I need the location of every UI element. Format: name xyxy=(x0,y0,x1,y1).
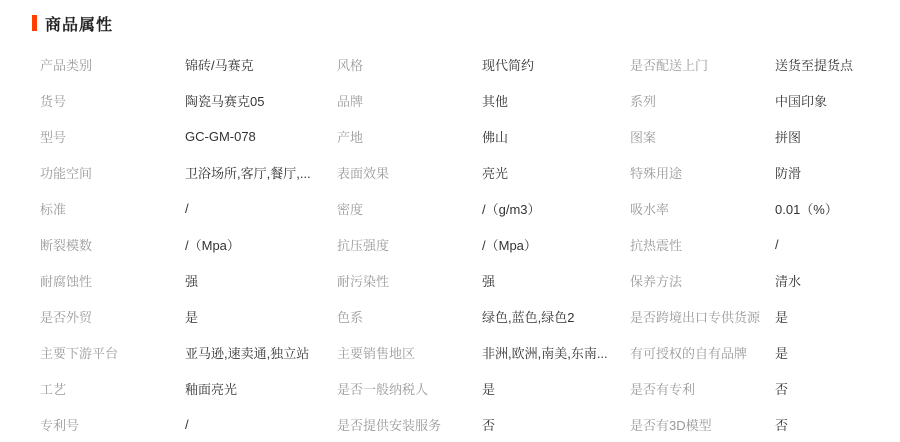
attribute-value: 亚马逊,速卖通,独立站 xyxy=(185,343,309,362)
attribute-label: 产地 xyxy=(337,127,482,146)
attribute-value: 亮光 xyxy=(482,163,508,182)
attribute-cell: 图案 拼图 xyxy=(630,127,900,146)
attribute-cell: 是否一般纳税人 是 xyxy=(337,379,630,398)
attribute-label: 图案 xyxy=(630,127,775,146)
attribute-cell: 耐污染性 强 xyxy=(337,271,630,290)
attribute-value: 0.01（%） xyxy=(775,199,838,218)
attribute-value: 绿色,蓝色,绿色2 xyxy=(482,307,574,326)
attribute-label: 密度 xyxy=(337,199,482,218)
section-title: 商品属性 xyxy=(45,12,113,35)
attribute-value: 是 xyxy=(482,379,495,398)
attribute-value: 送货至提货点 xyxy=(775,55,853,74)
attribute-row: 型号 GC-GM-078 产地 佛山 图案 拼图 xyxy=(40,118,900,154)
attribute-row: 主要下游平台 亚马逊,速卖通,独立站 主要销售地区 非洲,欧洲,南美,东南...… xyxy=(40,334,900,370)
attribute-cell: 品牌 其他 xyxy=(337,91,630,110)
attribute-value: 锦砖/马赛克 xyxy=(185,55,254,74)
attribute-value: 强 xyxy=(185,271,198,290)
attribute-label: 有可授权的自有品牌 xyxy=(630,343,775,362)
attribute-cell: 工艺 釉面亮光 xyxy=(40,379,337,398)
attribute-value: 现代简约 xyxy=(482,55,534,74)
attribute-label: 是否有3D模型 xyxy=(630,415,775,434)
attribute-value: 强 xyxy=(482,271,495,290)
attribute-cell: 耐腐蚀性 强 xyxy=(40,271,337,290)
attribute-label: 风格 xyxy=(337,55,482,74)
attribute-cell: 保养方法 清水 xyxy=(630,271,900,290)
attribute-value: 清水 xyxy=(775,271,801,290)
attribute-value: 否 xyxy=(775,379,788,398)
attribute-row: 耐腐蚀性 强 耐污染性 强 保养方法 清水 xyxy=(40,262,900,298)
attribute-value: 其他 xyxy=(482,91,508,110)
attribute-label: 是否提供安装服务 xyxy=(337,415,482,434)
attribute-cell: 货号 陶瓷马赛克05 xyxy=(40,91,337,110)
attribute-cell: 系列 中国印象 xyxy=(630,91,900,110)
attribute-label: 是否外贸 xyxy=(40,307,185,326)
attribute-cell: 吸水率 0.01（%） xyxy=(630,199,900,218)
attribute-cell: 产品类别 锦砖/马赛克 xyxy=(40,55,337,74)
attribute-cell: 风格 现代简约 xyxy=(337,55,630,74)
attribute-value: 否 xyxy=(775,415,788,434)
attribute-cell: 功能空间 卫浴场所,客厅,餐厅,... xyxy=(40,163,337,182)
attribute-label: 是否跨境出口专供货源 xyxy=(630,307,775,326)
attributes-table: 产品类别 锦砖/马赛克 风格 现代简约 是否配送上门 送货至提货点 货号 陶瓷马… xyxy=(40,46,900,442)
attribute-label: 是否有专利 xyxy=(630,379,775,398)
attribute-label: 耐腐蚀性 xyxy=(40,271,185,290)
attribute-cell: 主要下游平台 亚马逊,速卖通,独立站 xyxy=(40,343,337,362)
attribute-value: 否 xyxy=(482,415,495,434)
attribute-label: 品牌 xyxy=(337,91,482,110)
attribute-value: 拼图 xyxy=(775,127,801,146)
attribute-label: 表面效果 xyxy=(337,163,482,182)
attribute-label: 是否配送上门 xyxy=(630,55,775,74)
attribute-cell: 是否有专利 否 xyxy=(630,379,900,398)
attribute-value: /（Mpa） xyxy=(185,235,240,254)
attribute-label: 主要销售地区 xyxy=(337,343,482,362)
attribute-label: 抗热震性 xyxy=(630,235,775,254)
attribute-row: 是否外贸 是 色系 绿色,蓝色,绿色2 是否跨境出口专供货源 是 xyxy=(40,298,900,334)
attribute-label: 型号 xyxy=(40,127,185,146)
attribute-label: 断裂模数 xyxy=(40,235,185,254)
attribute-cell: 抗压强度 /（Mpa） xyxy=(337,235,630,254)
attribute-value: / xyxy=(185,201,189,216)
attribute-cell: 是否配送上门 送货至提货点 xyxy=(630,55,900,74)
attribute-label: 是否一般纳税人 xyxy=(337,379,482,398)
attribute-row: 标准 / 密度 /（g/m3） 吸水率 0.01（%） xyxy=(40,190,900,226)
attribute-row: 专利号 / 是否提供安装服务 否 是否有3D模型 否 xyxy=(40,406,900,442)
attribute-value: 陶瓷马赛克05 xyxy=(185,91,264,110)
attribute-label: 货号 xyxy=(40,91,185,110)
attribute-row: 功能空间 卫浴场所,客厅,餐厅,... 表面效果 亮光 特殊用途 防滑 xyxy=(40,154,900,190)
attribute-cell: 标准 / xyxy=(40,199,337,218)
attribute-cell: 断裂模数 /（Mpa） xyxy=(40,235,337,254)
attribute-value: /（g/m3） xyxy=(482,199,541,218)
attribute-cell: 密度 /（g/m3） xyxy=(337,199,630,218)
attribute-value: 卫浴场所,客厅,餐厅,... xyxy=(185,163,311,182)
attribute-row: 货号 陶瓷马赛克05 品牌 其他 系列 中国印象 xyxy=(40,82,900,118)
attribute-value: / xyxy=(185,417,189,432)
attribute-value: GC-GM-078 xyxy=(185,129,256,144)
attribute-cell: 是否提供安装服务 否 xyxy=(337,415,630,434)
attribute-cell: 是否跨境出口专供货源 是 xyxy=(630,307,900,326)
attribute-value: 是 xyxy=(775,307,788,326)
attribute-label: 工艺 xyxy=(40,379,185,398)
attribute-label: 特殊用途 xyxy=(630,163,775,182)
attribute-row: 工艺 釉面亮光 是否一般纳税人 是 是否有专利 否 xyxy=(40,370,900,406)
attribute-value: 是 xyxy=(775,343,788,362)
attribute-value: 中国印象 xyxy=(775,91,827,110)
attribute-label: 色系 xyxy=(337,307,482,326)
attribute-cell: 产地 佛山 xyxy=(337,127,630,146)
attribute-label: 主要下游平台 xyxy=(40,343,185,362)
attribute-label: 系列 xyxy=(630,91,775,110)
attribute-cell: 是否外贸 是 xyxy=(40,307,337,326)
attribute-value: 防滑 xyxy=(775,163,801,182)
attribute-cell: 型号 GC-GM-078 xyxy=(40,127,337,146)
attribute-cell: 专利号 / xyxy=(40,415,337,434)
attribute-label: 标准 xyxy=(40,199,185,218)
section-header: 商品属性 xyxy=(0,0,900,36)
attribute-label: 专利号 xyxy=(40,415,185,434)
attribute-label: 抗压强度 xyxy=(337,235,482,254)
attribute-label: 吸水率 xyxy=(630,199,775,218)
attribute-label: 保养方法 xyxy=(630,271,775,290)
attribute-label: 产品类别 xyxy=(40,55,185,74)
attribute-cell: 特殊用途 防滑 xyxy=(630,163,900,182)
product-attributes-panel: 商品属性 产品类别 锦砖/马赛克 风格 现代简约 是否配送上门 送货至提货点 货… xyxy=(0,0,900,442)
attribute-value: 非洲,欧洲,南美,东南... xyxy=(482,343,608,362)
attribute-label: 耐污染性 xyxy=(337,271,482,290)
attribute-cell: 主要销售地区 非洲,欧洲,南美,东南... xyxy=(337,343,630,362)
attribute-row: 产品类别 锦砖/马赛克 风格 现代简约 是否配送上门 送货至提货点 xyxy=(40,46,900,82)
attribute-value: / xyxy=(775,237,779,252)
attribute-cell: 表面效果 亮光 xyxy=(337,163,630,182)
attribute-cell: 有可授权的自有品牌 是 xyxy=(630,343,900,362)
attribute-label: 功能空间 xyxy=(40,163,185,182)
attribute-cell: 是否有3D模型 否 xyxy=(630,415,900,434)
attribute-row: 断裂模数 /（Mpa） 抗压强度 /（Mpa） 抗热震性 / xyxy=(40,226,900,262)
accent-bar-icon xyxy=(32,15,37,31)
attribute-value: 佛山 xyxy=(482,127,508,146)
attribute-cell: 色系 绿色,蓝色,绿色2 xyxy=(337,307,630,326)
attribute-value: /（Mpa） xyxy=(482,235,537,254)
attribute-value: 釉面亮光 xyxy=(185,379,237,398)
attribute-cell: 抗热震性 / xyxy=(630,235,900,254)
attribute-value: 是 xyxy=(185,307,198,326)
